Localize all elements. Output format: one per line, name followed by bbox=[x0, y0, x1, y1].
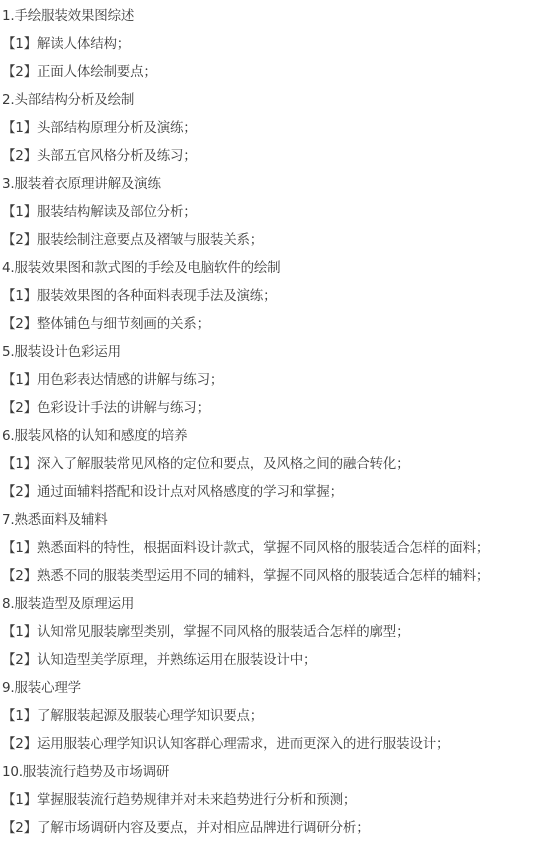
list-item: 【1】掌握服装流行趋势规律并对未来趋势进行分析和预测； bbox=[0, 786, 543, 814]
list-item: 【1】解读人体结构； bbox=[0, 30, 543, 58]
list-item: 【2】了解市场调研内容及要点，并对相应品牌进行调研分析； bbox=[0, 814, 543, 842]
course-outline: 1.手绘服装效果图综述 【1】解读人体结构； 【2】正面人体绘制要点； 2.头部… bbox=[0, 0, 543, 842]
list-item: 【1】熟悉面料的特性，根据面料设计款式，掌握不同风格的服装适合怎样的面料； bbox=[0, 534, 543, 562]
section-3: 3.服装着衣原理讲解及演练 【1】服装结构解读及部位分析； 【2】服装绘制注意要… bbox=[0, 170, 543, 254]
list-item: 【2】运用服装心理学知识认知客群心理需求，进而更深入的进行服装设计； bbox=[0, 730, 543, 758]
section-title: 7.熟悉面料及辅料 bbox=[0, 506, 543, 534]
section-title: 8.服装造型及原理运用 bbox=[0, 590, 543, 618]
list-item: 【1】认知常见服装廓型类别，掌握不同风格的服装适合怎样的廓型； bbox=[0, 618, 543, 646]
section-title: 9.服装心理学 bbox=[0, 674, 543, 702]
section-title: 10.服装流行趋势及市场调研 bbox=[0, 758, 543, 786]
list-item: 【1】深入了解服装常见风格的定位和要点，及风格之间的融合转化； bbox=[0, 450, 543, 478]
list-item: 【1】服装结构解读及部位分析； bbox=[0, 198, 543, 226]
list-item: 【2】整体铺色与细节刻画的关系； bbox=[0, 310, 543, 338]
section-title: 3.服装着衣原理讲解及演练 bbox=[0, 170, 543, 198]
list-item: 【2】正面人体绘制要点； bbox=[0, 58, 543, 86]
section-8: 8.服装造型及原理运用 【1】认知常见服装廓型类别，掌握不同风格的服装适合怎样的… bbox=[0, 590, 543, 674]
list-item: 【1】服装效果图的各种面料表现手法及演练； bbox=[0, 282, 543, 310]
section-title: 4.服装效果图和款式图的手绘及电脑软件的绘制 bbox=[0, 254, 543, 282]
list-item: 【2】色彩设计手法的讲解与练习； bbox=[0, 394, 543, 422]
list-item: 【1】用色彩表达情感的讲解与练习； bbox=[0, 366, 543, 394]
list-item: 【2】头部五官风格分析及练习； bbox=[0, 142, 543, 170]
section-6: 6.服装风格的认知和感度的培养 【1】深入了解服装常见风格的定位和要点，及风格之… bbox=[0, 422, 543, 506]
list-item: 【2】服装绘制注意要点及褶皱与服装关系； bbox=[0, 226, 543, 254]
list-item: 【2】熟悉不同的服装类型运用不同的辅料，掌握不同风格的服装适合怎样的辅料； bbox=[0, 562, 543, 590]
section-10: 10.服装流行趋势及市场调研 【1】掌握服装流行趋势规律并对未来趋势进行分析和预… bbox=[0, 758, 543, 842]
section-9: 9.服装心理学 【1】了解服装起源及服装心理学知识要点； 【2】运用服装心理学知… bbox=[0, 674, 543, 758]
section-title: 2.头部结构分析及绘制 bbox=[0, 86, 543, 114]
list-item: 【2】认知造型美学原理，并熟练运用在服装设计中； bbox=[0, 646, 543, 674]
section-1: 1.手绘服装效果图综述 【1】解读人体结构； 【2】正面人体绘制要点； bbox=[0, 2, 543, 86]
list-item: 【2】通过面辅料搭配和设计点对风格感度的学习和掌握； bbox=[0, 478, 543, 506]
section-5: 5.服装设计色彩运用 【1】用色彩表达情感的讲解与练习； 【2】色彩设计手法的讲… bbox=[0, 338, 543, 422]
section-2: 2.头部结构分析及绘制 【1】头部结构原理分析及演练； 【2】头部五官风格分析及… bbox=[0, 86, 543, 170]
section-4: 4.服装效果图和款式图的手绘及电脑软件的绘制 【1】服装效果图的各种面料表现手法… bbox=[0, 254, 543, 338]
section-title: 1.手绘服装效果图综述 bbox=[0, 2, 543, 30]
section-title: 6.服装风格的认知和感度的培养 bbox=[0, 422, 543, 450]
list-item: 【1】了解服装起源及服装心理学知识要点； bbox=[0, 702, 543, 730]
section-title: 5.服装设计色彩运用 bbox=[0, 338, 543, 366]
section-7: 7.熟悉面料及辅料 【1】熟悉面料的特性，根据面料设计款式，掌握不同风格的服装适… bbox=[0, 506, 543, 590]
list-item: 【1】头部结构原理分析及演练； bbox=[0, 114, 543, 142]
